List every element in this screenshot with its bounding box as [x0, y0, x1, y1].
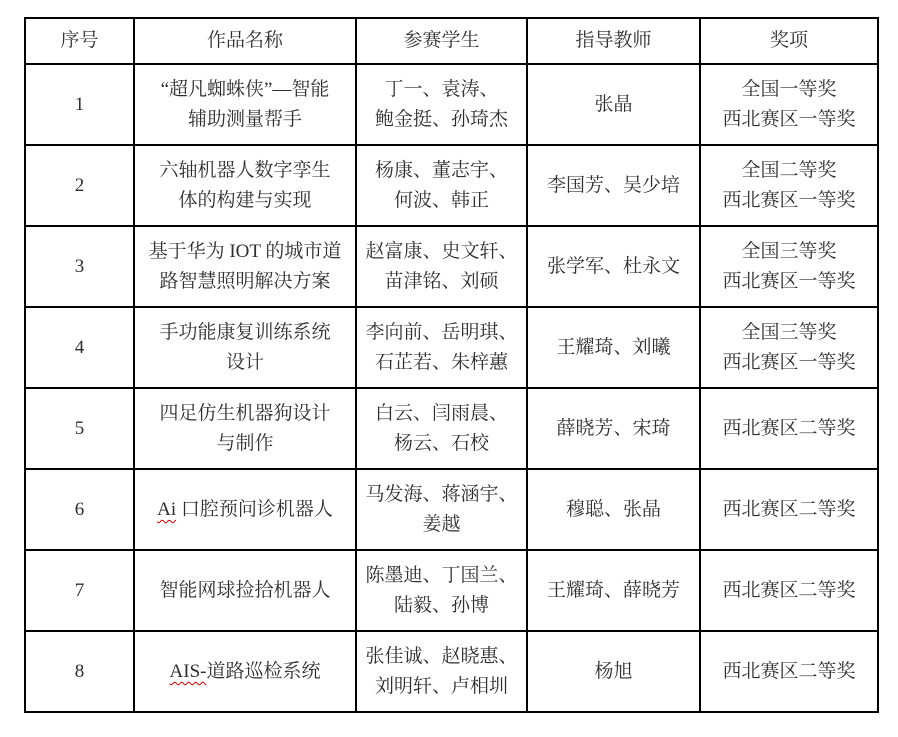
cell-students: 马发海、蒋涵宇、 姜越	[356, 469, 527, 550]
cell-award: 全国三等奖 西北赛区一等奖	[700, 307, 878, 388]
awards-table: 序号 作品名称 参赛学生 指导教师 奖项 1 “超凡蜘蛛侠”—智能 辅助测量帮手…	[24, 17, 879, 713]
table-row: 8 AIS-道路巡检系统 张佳诚、赵晓惠、 刘明轩、卢相圳 杨旭 西北赛区二等奖	[25, 631, 878, 712]
cell-teachers: 薛晓芳、宋琦	[527, 388, 700, 469]
cell-teachers: 张晶	[527, 64, 700, 145]
cell-award: 全国一等奖 西北赛区一等奖	[700, 64, 878, 145]
table-row: 1 “超凡蜘蛛侠”—智能 辅助测量帮手 丁一、袁涛、 鲍金挺、孙琦杰 张晶 全国…	[25, 64, 878, 145]
cell-teachers: 穆聪、张晶	[527, 469, 700, 550]
cell-students: 白云、闫雨晨、 杨云、石校	[356, 388, 527, 469]
cell-award: 西北赛区二等奖	[700, 550, 878, 631]
cell-serial-number: 5	[25, 388, 134, 469]
cell-serial-number: 6	[25, 469, 134, 550]
cell-teachers: 李国芳、吴少培	[527, 145, 700, 226]
header-serial-number: 序号	[25, 18, 134, 64]
cell-teachers: 张学军、杜永文	[527, 226, 700, 307]
spellcheck-marked-text: AIS-	[170, 661, 207, 682]
cell-award: 全国二等奖 西北赛区一等奖	[700, 145, 878, 226]
table-row: 7 智能网球捡拾机器人 陈墨迪、丁国兰、 陆毅、孙博 王耀琦、薛晓芳 西北赛区二…	[25, 550, 878, 631]
cell-award: 西北赛区二等奖	[700, 469, 878, 550]
cell-students: 丁一、袁涛、 鲍金挺、孙琦杰	[356, 64, 527, 145]
cell-serial-number: 2	[25, 145, 134, 226]
cell-work-name: 手功能康复训练系统 设计	[134, 307, 356, 388]
table-header-row: 序号 作品名称 参赛学生 指导教师 奖项	[25, 18, 878, 64]
header-work-name: 作品名称	[134, 18, 356, 64]
table-row: 6 Ai 口腔预问诊机器人 马发海、蒋涵宇、 姜越 穆聪、张晶 西北赛区二等奖	[25, 469, 878, 550]
header-award: 奖项	[700, 18, 878, 64]
cell-students: 李向前、岳明琪、 石芷若、朱梓蕙	[356, 307, 527, 388]
work-name-rest: 口腔预问诊机器人	[176, 499, 333, 520]
cell-work-name: 四足仿生机器狗设计 与制作	[134, 388, 356, 469]
cell-work-name: AIS-道路巡检系统	[134, 631, 356, 712]
cell-serial-number: 8	[25, 631, 134, 712]
spellcheck-marked-text: Ai	[157, 499, 176, 520]
cell-teachers: 王耀琦、薛晓芳	[527, 550, 700, 631]
work-name-rest: 道路巡检系统	[206, 661, 320, 682]
cell-teachers: 杨旭	[527, 631, 700, 712]
cell-serial-number: 4	[25, 307, 134, 388]
cell-work-name: Ai 口腔预问诊机器人	[134, 469, 356, 550]
header-teachers: 指导教师	[527, 18, 700, 64]
document-page: 序号 作品名称 参赛学生 指导教师 奖项 1 “超凡蜘蛛侠”—智能 辅助测量帮手…	[0, 0, 898, 737]
cell-serial-number: 1	[25, 64, 134, 145]
cell-award: 西北赛区二等奖	[700, 388, 878, 469]
cell-work-name: 六轴机器人数字孪生 体的构建与实现	[134, 145, 356, 226]
cell-award: 西北赛区二等奖	[700, 631, 878, 712]
cell-serial-number: 3	[25, 226, 134, 307]
cell-work-name: “超凡蜘蛛侠”—智能 辅助测量帮手	[134, 64, 356, 145]
cell-serial-number: 7	[25, 550, 134, 631]
cell-students: 赵富康、史文轩、 苗津铭、刘硕	[356, 226, 527, 307]
cell-work-name: 智能网球捡拾机器人	[134, 550, 356, 631]
cell-students: 杨康、董志宇、 何波、韩正	[356, 145, 527, 226]
table-row: 3 基于华为 IOT 的城市道 路智慧照明解决方案 赵富康、史文轩、 苗津铭、刘…	[25, 226, 878, 307]
cell-students: 张佳诚、赵晓惠、 刘明轩、卢相圳	[356, 631, 527, 712]
table-row: 5 四足仿生机器狗设计 与制作 白云、闫雨晨、 杨云、石校 薛晓芳、宋琦 西北赛…	[25, 388, 878, 469]
cell-award: 全国三等奖 西北赛区一等奖	[700, 226, 878, 307]
table-row: 4 手功能康复训练系统 设计 李向前、岳明琪、 石芷若、朱梓蕙 王耀琦、刘曦 全…	[25, 307, 878, 388]
cell-students: 陈墨迪、丁国兰、 陆毅、孙博	[356, 550, 527, 631]
table-row: 2 六轴机器人数字孪生 体的构建与实现 杨康、董志宇、 何波、韩正 李国芳、吴少…	[25, 145, 878, 226]
header-students: 参赛学生	[356, 18, 527, 64]
cell-work-name: 基于华为 IOT 的城市道 路智慧照明解决方案	[134, 226, 356, 307]
cell-teachers: 王耀琦、刘曦	[527, 307, 700, 388]
